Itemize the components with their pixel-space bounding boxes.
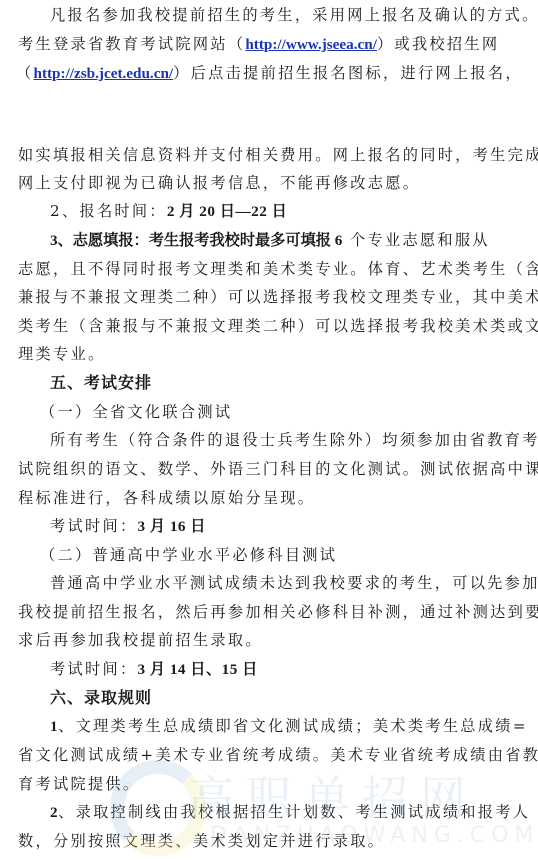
paragraph-line: 省文化测试成绩+美术专业省统考成绩。美术专业省统考成绩由省教: [18, 741, 523, 769]
label: 考试时间：: [50, 517, 137, 535]
paragraph-line: 凡报名参加我校提前招生的考生，采用网上报名及确认的方式。: [50, 1, 538, 29]
paragraph-line: 育考试院提供。: [18, 770, 523, 798]
text: （一）全省文化联合测试: [40, 403, 232, 421]
paragraph-line: 试院组织的语文、数学、外语三门科目的文化测试。测试依据高中课: [18, 455, 523, 483]
paragraph-line: 3、志愿填报：考生报考我校时最多可填报 6 个专业志愿和服从: [50, 226, 538, 254]
value: 6: [335, 232, 343, 249]
value: 3 月 16 日: [137, 518, 206, 535]
value: 2 月 20 日—22 日: [167, 203, 287, 220]
paragraph-line: 我校提前招生报名，然后再参加相关必修科目补测，通过补测达到要: [18, 598, 523, 626]
text: 程标准进行，各科成绩以原始分呈现。: [18, 489, 315, 507]
paragraph-line: 求后再参加我校提前招生录取。: [18, 626, 523, 654]
text: 类考生（含兼报与不兼报文理类二种）可以选择报考我校美术类或文: [18, 317, 538, 335]
paragraph-line: 志愿，且不得同时报考文理类和美术类专业。体育、艺术类考生（含: [18, 255, 523, 283]
jseea-link[interactable]: http://www.jseea.cn/: [245, 36, 377, 53]
text: 兼报与不兼报文理类二种）可以选择报考我校文理类专业，其中美术: [18, 288, 538, 306]
text: 数，分别按照文理类、美术类划定并进行录取。: [18, 832, 385, 850]
label: 2、报名时间：: [50, 202, 167, 220]
text: 求后再参加我校提前招生录取。: [18, 631, 263, 649]
text: 理类专业。: [18, 345, 105, 363]
paragraph-line: 1、文理类考生总成绩即省文化测试成绩；美术类考生总成绩=: [50, 712, 538, 740]
subsection-title: （二）普通高中学业水平必修科目测试: [40, 541, 538, 569]
exam-time: 考试时间：3 月 14 日、15 日: [50, 655, 538, 683]
heading-text: 六、录取规则: [50, 688, 152, 707]
text: 志愿，且不得同时报考文理类和美术类专业。体育、艺术类考生（含: [18, 260, 538, 278]
heading-text: 五、考试安排: [50, 373, 152, 392]
paragraph-line: 数，分别按照文理类、美术类划定并进行录取。: [18, 827, 523, 855]
section-heading: 六、录取规则: [50, 684, 538, 712]
value: 3 月 14 日、15 日: [137, 661, 257, 678]
text: 凡报名参加我校提前招生的考生，采用网上报名及确认的方式。: [50, 6, 538, 24]
text: （: [16, 64, 34, 82]
text: 网上支付即视为已确认报考信息，不能再修改志愿。: [18, 174, 420, 192]
text: 如实填报相关信息资料并支付相关费用。网上报名的同时，考生完成: [18, 146, 538, 164]
rule-number: 1: [50, 718, 58, 735]
text: 所有考生（符合条件的退役士兵考生除外）均须参加由省教育考: [50, 431, 538, 449]
text: 个专业志愿和服从: [343, 231, 490, 249]
text: ）后点击提前招生报名图标，进行网上报名，: [173, 64, 523, 82]
paragraph-line: 普通高中学业水平测试成绩未达到我校要求的考生，可以先参加: [50, 569, 538, 597]
registration-time: 2、报名时间：2 月 20 日—22 日: [50, 197, 538, 225]
text: 、录取控制线由我校根据招生计划数、考生测试成绩和报考人: [58, 803, 530, 821]
document-page: 凡报名参加我校提前招生的考生，采用网上报名及确认的方式。 考生登录省教育考试院网…: [0, 0, 538, 860]
paragraph-line: 程标准进行，各科成绩以原始分呈现。: [18, 484, 523, 512]
subsection-title: （一）全省文化联合测试: [40, 398, 538, 426]
paragraph-line: 网上支付即视为已确认报考信息，不能再修改志愿。: [18, 169, 523, 197]
paragraph-line: 理类专业。: [18, 340, 523, 368]
paragraph-line: 所有考生（符合条件的退役士兵考生除外）均须参加由省教育考: [50, 426, 538, 454]
text: 我校提前招生报名，然后再参加相关必修科目补测，通过补测达到要: [18, 603, 538, 621]
paragraph-line: （http://zsb.jcet.edu.cn/）后点击提前招生报名图标，进行网…: [16, 59, 521, 87]
text: 3、志愿填报：考生报考我校时最多可填报: [50, 232, 335, 249]
exam-time: 考试时间：3 月 16 日: [50, 512, 538, 540]
zsb-jcet-link[interactable]: http://zsb.jcet.edu.cn/: [34, 65, 174, 82]
text: 试院组织的语文、数学、外语三门科目的文化测试。测试依据高中课: [18, 460, 538, 478]
rule-number: 2: [50, 804, 58, 821]
label: 考试时间：: [50, 660, 137, 678]
text: ）或我校招生网: [377, 35, 499, 53]
text: 、文理类考生总成绩即省文化测试成绩；美术类考生总成绩=: [58, 717, 528, 735]
paragraph-line: 兼报与不兼报文理类二种）可以选择报考我校文理类专业，其中美术: [18, 283, 523, 311]
paragraph-line: 类考生（含兼报与不兼报文理类二种）可以选择报考我校美术类或文: [18, 312, 523, 340]
text: 普通高中学业水平测试成绩未达到我校要求的考生，可以先参加: [50, 574, 538, 592]
text: 考生登录省教育考试院网站（: [18, 35, 245, 53]
section-heading: 五、考试安排: [50, 369, 538, 397]
text: （二）普通高中学业水平必修科目测试: [40, 546, 337, 564]
text: 育考试院提供。: [18, 775, 140, 793]
text: 省文化测试成绩+美术专业省统考成绩。美术专业省统考成绩由省教: [18, 746, 538, 764]
paragraph-line: 考生登录省教育考试院网站（http://www.jseea.cn/）或我校招生网: [18, 30, 523, 58]
paragraph-line: 如实填报相关信息资料并支付相关费用。网上报名的同时，考生完成: [18, 141, 523, 169]
paragraph-line: 2、录取控制线由我校根据招生计划数、考生测试成绩和报考人: [50, 798, 538, 826]
